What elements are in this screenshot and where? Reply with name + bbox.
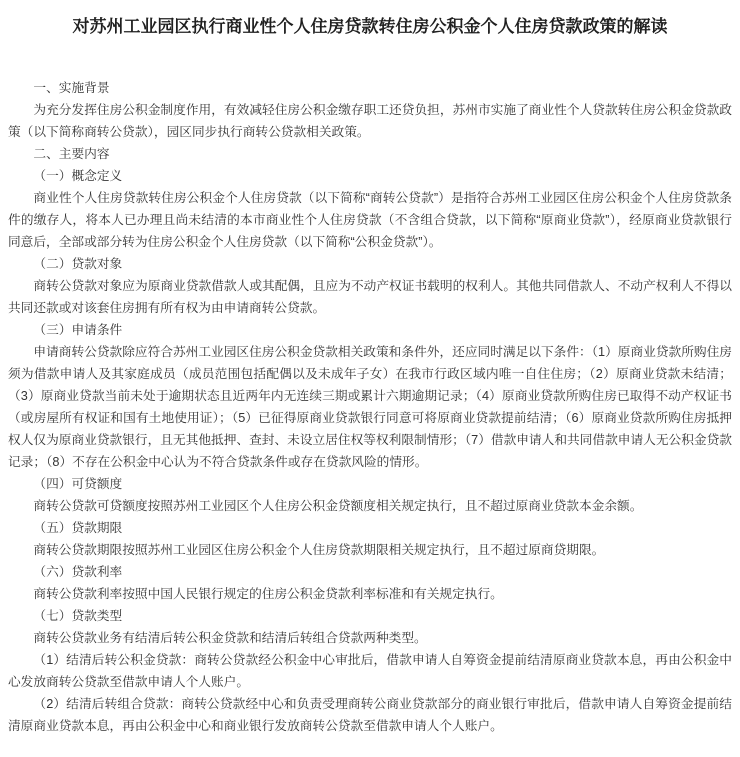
document-body: 一、实施背景为充分发挥住房公积金制度作用，有效减轻住房公积金缴存职工还贷负担，苏… — [8, 77, 732, 737]
paragraph: 商转公贷款对象应为原商业贷款借款人或其配偶，且应为不动产权证书载明的权利人。其他… — [8, 275, 732, 319]
sub-heading: （五）贷款期限 — [8, 517, 732, 539]
paragraph: 商转公贷款期限按照苏州工业园区住房公积金个人住房贷款期限相关规定执行，且不超过原… — [8, 539, 732, 561]
paragraph: 商转公贷款业务有结清后转公积金贷款和结清后转组合贷款两种类型。 — [8, 627, 732, 649]
sub-heading: （一）概念定义 — [8, 165, 732, 187]
document-title: 对苏州工业园区执行商业性个人住房贷款转住房公积金个人住房贷款政策的解读 — [44, 14, 696, 40]
paragraph: 商转公贷款可贷额度按照苏州工业园区个人住房公积金贷额度相关规定执行，且不超过原商… — [8, 495, 732, 517]
paragraph: 为充分发挥住房公积金制度作用，有效减轻住房公积金缴存职工还贷负担，苏州市实施了商… — [8, 99, 732, 143]
section-heading: 二、主要内容 — [8, 143, 732, 165]
paragraph: 商转公贷款利率按照中国人民银行规定的住房公积金贷款利率标准和有关规定执行。 — [8, 583, 732, 605]
sub-heading: （四）可贷额度 — [8, 473, 732, 495]
section-heading: 一、实施背景 — [8, 77, 732, 99]
list-item: （2）结清后转组合贷款：商转公贷款经中心和负责受理商转公商业贷款部分的商业银行审… — [8, 693, 732, 737]
sub-heading: （二）贷款对象 — [8, 253, 732, 275]
sub-heading: （三）申请条件 — [8, 319, 732, 341]
sub-heading: （七）贷款类型 — [8, 605, 732, 627]
paragraph: 申请商转公贷款除应符合苏州工业园区住房公积金贷款相关政策和条件外，还应同时满足以… — [8, 341, 732, 473]
document-page: 对苏州工业园区执行商业性个人住房贷款转住房公积金个人住房贷款政策的解读 一、实施… — [0, 0, 740, 757]
paragraph: 商业性个人住房贷款转住房公积金个人住房贷款（以下简称“商转公贷款”）是指符合苏州… — [8, 187, 732, 253]
sub-heading: （六）贷款利率 — [8, 561, 732, 583]
list-item: （1）结清后转公积金贷款：商转公贷款经公积金中心审批后，借款申请人自筹资金提前结… — [8, 649, 732, 693]
